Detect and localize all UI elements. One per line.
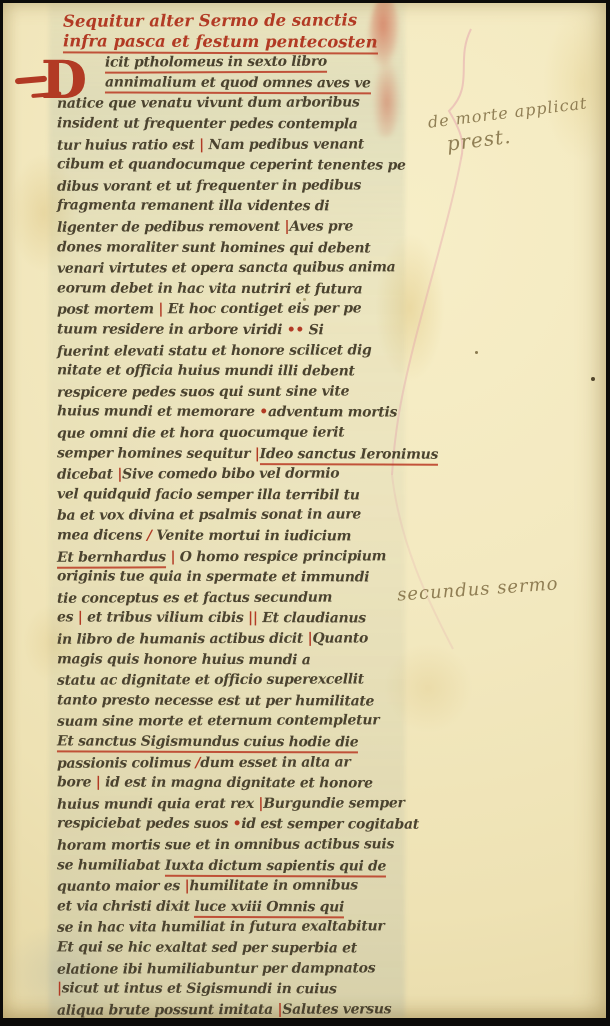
text-line: dones moraliter sunt homines qui debent [57, 237, 409, 259]
text-segment: tie conceptus es et factus secundum [57, 589, 332, 606]
text-segment: bore [57, 775, 96, 791]
text-segment: dones moraliter sunt homines qui debent [57, 239, 370, 256]
text-segment: fuerint elevati statu et honore scilicet… [57, 342, 372, 359]
text-line: huius mundi et memorare •adventum mortis [57, 402, 409, 424]
ink-speck [303, 298, 306, 301]
text-segment: Et qui se hic exaltat sed per superbia e… [57, 939, 357, 956]
ink-speck [475, 351, 478, 354]
text-segment: aliqua brute possunt imitata [57, 1002, 278, 1019]
text-segment: huius mundi quia erat rex [57, 796, 258, 813]
text-segment: sicut ut intus et Sigismundi in cuius [62, 981, 337, 998]
text-line: venari virtutes et opera sancta quibus a… [57, 257, 409, 279]
text-segment: dibus vorant et ut frequenter in pedibus [57, 177, 361, 194]
text-segment: Aves pre [289, 218, 353, 234]
text-line: fragmenta remanent illa videntes di [57, 196, 409, 218]
text-line: huius mundi quia erat rex |Burgundie sem… [57, 793, 409, 815]
text-segment: id est in magna dignitate et honore [101, 775, 373, 792]
text-segment: humilitate in omnibus [189, 878, 358, 895]
text-line: magis quis honore huius mundi a [57, 649, 409, 671]
text-line: post mortem | Et hoc contiget eis per pe [57, 299, 409, 321]
text-segment: tuum residere in arbore viridi [57, 321, 287, 338]
text-segment: passionis colimus [57, 755, 195, 772]
ink-speck [591, 377, 595, 381]
text-line: semper homines sequitur |Ideo sanctus Ie… [57, 443, 409, 465]
text-segment: Sive comedo bibo vel dormio [122, 466, 339, 483]
rubric-mark: Sequitur alter Sermo de sanctis [63, 10, 357, 30]
text-segment: Et claudianus [258, 610, 366, 626]
text-segment: Ideo sanctus Ieronimus [260, 446, 439, 466]
text-segment: et via christi dixit [57, 898, 194, 914]
rubric-heading-line: Sequitur alter Sermo de sanctis [57, 10, 415, 32]
text-line: tuum residere in arbore viridi •• Si [57, 319, 409, 341]
text-segment: insident ut frequenter pedes contempla [57, 115, 358, 132]
text-segment: es [57, 610, 78, 626]
text-line: passionis colimus /dum esset in alta ar [57, 752, 409, 774]
text-line: Et qui se hic exaltat sed per superbia e… [57, 937, 409, 959]
text-segment: Venite mortui in iudicium [152, 528, 352, 545]
text-line: et via christi dixit luce xviii Omnis qu… [57, 896, 409, 918]
text-line: quanto maior es |humilitate in omnibus [57, 875, 409, 897]
text-line: horam mortis sue et in omnibus actibus s… [57, 834, 409, 856]
text-block: Sequitur alter Sermo de sanctisinfra pas… [3, 11, 606, 1026]
text-line: Et bernhardus | O homo respice principiu… [57, 546, 409, 568]
text-segment: adventum mortis [268, 405, 397, 421]
text-line: dicebat |Sive comedo bibo vel dormio [57, 463, 409, 485]
text-segment: cibum et quandocumque ceperint tenentes … [57, 157, 406, 174]
text-segment: huius mundi et memorare [57, 404, 259, 421]
text-segment: luce xviii Omnis qui [194, 899, 344, 919]
text-segment: tanto presto necesse est ut per humilita… [57, 692, 374, 709]
text-line: cibum et quandocumque ceperint tenentes … [57, 155, 409, 177]
text-segment: icit ptholomeus in sexto libro [105, 54, 327, 74]
text-segment: Nam pedibus venant [204, 136, 364, 153]
text-segment: respiciebat pedes suos [57, 816, 233, 833]
text-line: aliqua brute possunt imitata |Salutes ve… [57, 999, 409, 1021]
text-segment: eorum debet in hac vita nutriri et futur… [57, 280, 362, 297]
text-line: ba et vox divina et psalmis sonat in aur… [57, 505, 409, 527]
text-line: insident ut frequenter pedes contempla [57, 113, 409, 135]
text-line: originis tue quia in spermate et immundi [57, 567, 409, 589]
text-segment: elatione ibi humiliabuntur per dampnatos [57, 960, 375, 977]
text-segment: Iuxta dictum sapientis qui de [165, 857, 386, 877]
text-line: icit ptholomeus in sexto libro [57, 51, 457, 73]
text-segment: suam sine morte et eternum contempletur [57, 713, 379, 730]
text-segment: post mortem [57, 302, 158, 318]
text-line: natice que venatu vivunt dum arboribus [57, 93, 409, 115]
text-line: |sicut ut intus et Sigismundi in cuius [57, 979, 409, 1001]
text-line: dibus vorant et ut frequenter in pedibus [57, 175, 409, 197]
text-segment: et tribus vilium cibis [83, 610, 249, 627]
text-segment: semper homines sequitur [57, 445, 255, 462]
text-segment: vel quidquid facio semper illa terribil … [57, 486, 360, 503]
rubric-mark: •• [287, 322, 304, 338]
text-line: fuerint elevati statu et honore scilicet… [57, 340, 409, 362]
rubric-mark: | [255, 446, 260, 462]
text-segment: natice que venatu vivunt dum arboribus [57, 95, 360, 112]
text-line: statu ac dignitate et officio superexcel… [57, 669, 409, 691]
rubric-mark: • [259, 404, 268, 420]
text-segment: Burgundie semper [263, 795, 404, 812]
text-segment: fragmenta remanent illa videntes di [57, 198, 329, 215]
manuscript-photo-frame: Sequitur alter Sermo de sanctisinfra pas… [0, 0, 610, 1026]
initial-capital-d: D [41, 55, 86, 107]
text-line: tie conceptus es et factus secundum [57, 587, 409, 609]
text-line: mea dicens / Venite mortui in iudicium [57, 525, 409, 547]
text-segment: horam mortis sue et in omnibus actibus s… [57, 836, 394, 853]
text-segment: id est semper cogitabat [241, 816, 419, 833]
text-line: tur huius ratio est | Nam pedibus venant [57, 134, 409, 156]
text-segment: statu ac dignitate et officio superexcel… [57, 672, 364, 689]
text-segment: respicere pedes suos qui sunt sine vite [57, 383, 349, 400]
text-line: elatione ibi humiliabuntur per dampnatos [57, 958, 409, 980]
text-line: se in hac vita humiliat in futura exalta… [57, 917, 409, 939]
text-line: que omni die et hora quocumque ierit [57, 422, 409, 444]
text-line: vel quidquid facio semper illa terribil … [57, 484, 409, 506]
text-line: tanto presto necesse est ut per humilita… [57, 690, 409, 712]
text-segment: Si [304, 322, 323, 338]
text-segment: Et sanctus Sigismundus cuius hodie die [57, 733, 358, 753]
rubric-mark: || [248, 610, 258, 626]
text-segment: infra pasca et festum pentecosten [63, 31, 378, 54]
text-segment: originis tue quia in spermate et immundi [57, 569, 369, 586]
text-segment: quanto maior es [57, 878, 185, 895]
rubric-heading-line: infra pasca et festum pentecosten [57, 31, 415, 53]
text-segment: ba et vox divina et psalmis sonat in aur… [57, 507, 361, 524]
text-line: ligenter de pedibus removent |Aves pre [57, 216, 409, 238]
text-segment: annimalium et quod omnes aves ve [105, 74, 371, 94]
text-segment: que omni die et hora quocumque ierit [57, 425, 344, 442]
text-segment: dicebat [57, 467, 117, 483]
text-segment: Quanto [312, 630, 368, 646]
text-segment: magis quis honore huius mundi a [57, 651, 311, 668]
text-segment: Salutes versus [282, 1001, 391, 1017]
text-segment: se humiliabat [57, 857, 165, 873]
text-line: nitate et officia huius mundi illi deben… [57, 361, 409, 383]
text-line: Et sanctus Sigismundus cuius hodie die [57, 731, 409, 753]
text-segment: in libro de humanis actibus dicit [57, 631, 308, 648]
text-segment: Et hoc contiget eis per pe [163, 301, 361, 318]
text-segment: se in hac vita humiliat in futura exalta… [57, 919, 385, 936]
text-segment: dum esset in alta ar [200, 754, 350, 771]
text-line: in libro de humanis actibus dicit |Quant… [57, 628, 409, 650]
text-line: respiciebat pedes suos •id est semper co… [57, 814, 409, 836]
text-line: annimalium et quod omnes aves ve [57, 72, 457, 94]
text-line: suam sine morte et eternum contempletur [57, 711, 409, 733]
text-segment: venari virtutes et opera sancta quibus a… [57, 259, 395, 276]
text-line: es | et tribus vilium cibis || Et claudi… [57, 608, 409, 630]
text-line: se humiliabat Iuxta dictum sapientis qui… [57, 855, 409, 877]
text-segment: ligenter de pedibus removent [57, 219, 285, 236]
text-line: respicere pedes suos qui sunt sine vite [57, 381, 409, 403]
text-segment: tur huius ratio est [57, 137, 199, 154]
text-segment: nitate et officia huius mundi illi deben… [57, 363, 355, 380]
text-line: eorum debet in hac vita nutriri et futur… [57, 278, 409, 300]
text-segment: mea dicens [57, 527, 147, 543]
text-line: bore | id est in magna dignitate et hono… [57, 773, 409, 795]
text-segment: O homo respice principium [175, 548, 386, 565]
text-segment: Et bernhardus [57, 549, 166, 568]
